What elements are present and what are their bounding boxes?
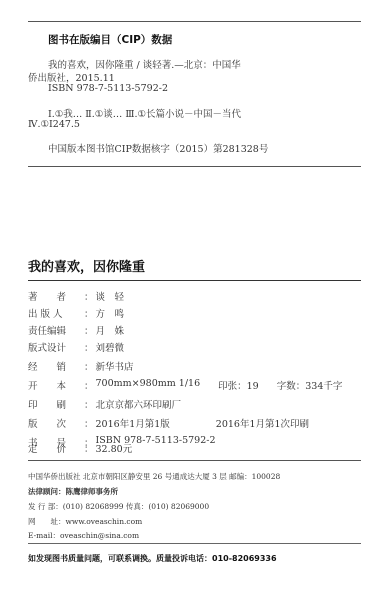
detail-label: 经 销	[28, 359, 84, 373]
detail-value: 700mm×980mm 1/16	[96, 378, 201, 392]
detail-label: 著 者	[28, 289, 84, 303]
top-rule	[28, 21, 361, 22]
detail-label: 出 版 人	[28, 306, 84, 320]
detail-value: 32.80元	[96, 441, 133, 455]
detail-label: 定 价	[28, 441, 84, 455]
detail-value: 月 姝	[96, 323, 125, 337]
cip-entry-line-2: 侨出版社，2015.11	[28, 70, 115, 84]
cip-record-number: 中国版本图书馆CIP数据核字（2015）第281328号	[48, 141, 268, 155]
publisher-website: 网 址：www.oveaschin.com	[28, 516, 142, 527]
details-bottom-rule	[28, 460, 361, 461]
detail-row-publisher: 出 版 人：方 鸣	[28, 306, 124, 320]
detail-row-printer: 印 刷：北京京都六环印刷厂	[28, 397, 181, 411]
detail-printing: 2016年1月第1次印刷	[216, 416, 309, 430]
detail-value: 北京京都六环印刷厂	[96, 397, 182, 411]
cip-bottom-rule	[28, 166, 361, 167]
quality-notice: 如发现图书质量问题，可联系调换。质量投诉电话：010-82069336	[28, 553, 277, 564]
publisher-address: 中国华侨出版社 北京市朝阳区静安里 26 号通成达大厦 3 层 邮编：10002…	[28, 471, 280, 482]
detail-value: 刘碧微	[96, 340, 125, 354]
legal-counsel: 法律顾问：陈鹰律师事务所	[28, 486, 118, 497]
footer-rule	[28, 543, 361, 544]
detail-row-distributor: 经 销：新华书店	[28, 359, 134, 373]
publisher-email: E-mail：oveaschin@sina.com	[28, 530, 139, 541]
book-title: 我的喜欢，因你隆重	[28, 256, 145, 275]
detail-label: 版 次	[28, 416, 84, 430]
publisher-phone: 发 行 部：(010) 82068999 传真：(010) 82069000	[28, 501, 209, 512]
detail-label: 版式设计	[28, 340, 84, 354]
detail-print-sheets: 印张：19	[218, 378, 259, 392]
detail-value: 谈 轻	[96, 289, 125, 303]
detail-value: 新华书店	[96, 359, 134, 373]
detail-row-edition: 版 次：2016年1月第1版2016年1月第1次印刷	[28, 416, 309, 430]
detail-label: 印 刷	[28, 397, 84, 411]
detail-row-format: 开 本：700mm×980mm 1/16印张：19字数：334千字	[28, 378, 342, 392]
detail-value: 方 鸣	[96, 306, 125, 320]
detail-row-author: 著 者：谈 轻	[28, 289, 124, 303]
cip-isbn: ISBN 978-7-5113-5792-2	[48, 83, 168, 94]
title-rule	[28, 280, 361, 281]
detail-row-designer: 版式设计：刘碧微	[28, 340, 124, 354]
detail-value: 2016年1月第1版	[96, 416, 170, 430]
cip-classification-line-1: Ⅰ.①我… Ⅱ.①谈… Ⅲ.①长篇小说－中国－当代	[48, 106, 241, 120]
detail-row-dingjia: 定 价：32.80元	[28, 441, 132, 455]
detail-label: 责任编辑	[28, 323, 84, 337]
detail-row-editor: 责任编辑：月 姝	[28, 323, 124, 337]
detail-label: 开 本	[28, 378, 84, 392]
cip-entry-line-1: 我的喜欢，因你隆重 / 谈轻著.—北京：中国华	[48, 57, 241, 71]
cip-classification-line-2: Ⅳ.①I247.5	[28, 119, 80, 130]
cip-heading: 图书在版编目（CIP）数据	[48, 32, 172, 47]
detail-word-count: 字数：334千字	[277, 378, 343, 392]
